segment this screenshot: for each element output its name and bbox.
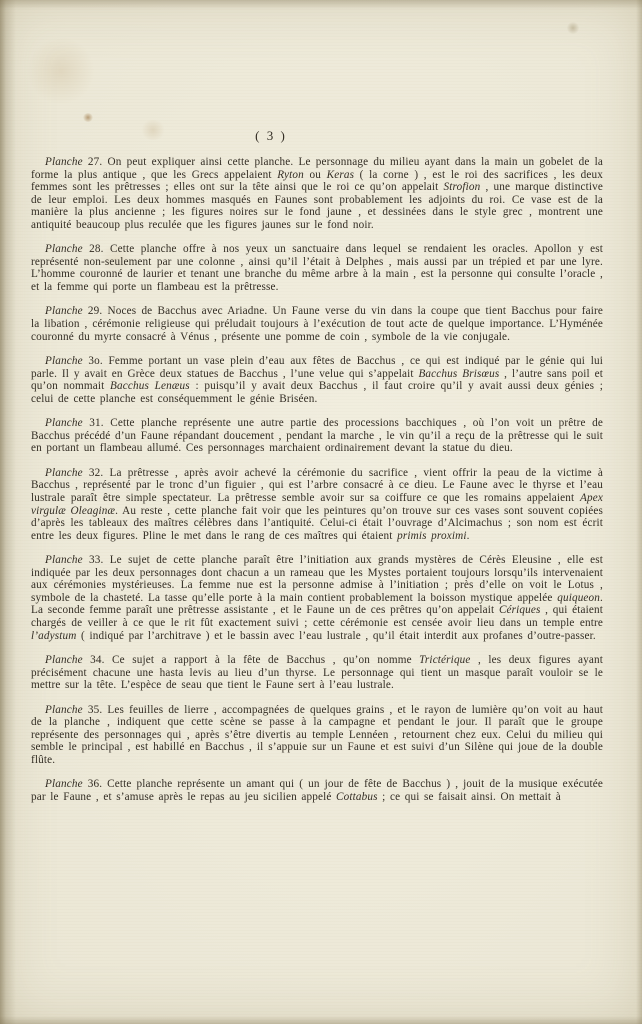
italic-term: quiqueon <box>557 592 600 604</box>
paragraph-planche-32: Planche 32. La prêtresse , après avoir a… <box>31 467 603 542</box>
text-run: 34. Ce sujet a rapport à la fête de Bacc… <box>83 654 419 666</box>
text-run: . Au reste , cette planche fait voir que… <box>31 505 603 542</box>
italic-term: Planche <box>45 417 83 429</box>
italic-term: Planche <box>45 654 83 666</box>
italic-term: Planche <box>45 554 83 566</box>
page-edge-shadow-left <box>0 0 16 1024</box>
text-block: Planche 27. On peut expliquer ainsi cett… <box>31 156 603 804</box>
paragraph-planche-33: Planche 33. Le sujet de cette planche pa… <box>31 554 603 642</box>
italic-term: l’adystum <box>31 630 76 642</box>
italic-term: Trictérique <box>419 654 470 666</box>
italic-term: Planche <box>45 778 83 790</box>
paragraph-planche-34: Planche 34. Ce sujet a rapport à la fête… <box>31 654 603 692</box>
italic-term: Cottabus <box>336 791 378 803</box>
italic-term: Keras <box>327 169 354 181</box>
text-run: . <box>467 530 470 542</box>
page-number: ( 3 ) <box>0 128 557 144</box>
paragraph-planche-30: Planche 3o. Femme portant un vase plein … <box>31 355 603 405</box>
text-run: 29. Noces de Bacchus avec Ariadne. Un Fa… <box>31 305 603 342</box>
paragraph-planche-27: Planche 27. On peut expliquer ainsi cett… <box>31 156 603 231</box>
scanned-page: ( 3 ) Planche 27. On peut expliquer ains… <box>0 0 642 1024</box>
italic-term: Cériques <box>499 604 541 616</box>
text-run: 32. La prêtresse , après avoir achevé la… <box>31 467 603 504</box>
paragraph-planche-29: Planche 29. Noces de Bacchus avec Ariadn… <box>31 305 603 343</box>
paper-stain <box>567 22 579 34</box>
italic-term: Bacchus Lenæus <box>110 380 190 392</box>
paper-stain <box>28 36 94 106</box>
italic-term: primis proximi <box>397 530 466 542</box>
italic-term: Planche <box>45 243 83 255</box>
text-run: 35. Les feuilles de lierre , accompagnée… <box>31 704 603 766</box>
paragraph-planche-28: Planche 28. Cette planche offre à nos ye… <box>31 243 603 293</box>
italic-term: Ryton <box>277 169 304 181</box>
text-column: ( 3 ) Planche 27. On peut expliquer ains… <box>31 128 603 816</box>
paragraph-planche-31: Planche 31. Cette planche représente une… <box>31 417 603 455</box>
text-run: ; ce qui se faisait ainsi. On mettait à <box>378 791 561 803</box>
paragraph-planche-36: Planche 36. Cette planche représente un … <box>31 778 603 803</box>
italic-term: Planche <box>45 156 83 168</box>
page-edge-shadow-right <box>636 0 642 1024</box>
paragraph-planche-35: Planche 35. Les feuilles de lierre , acc… <box>31 704 603 767</box>
text-run: 31. Cette planche représente une autre p… <box>31 417 603 454</box>
page-edge-shadow-top <box>0 0 642 9</box>
italic-term: Planche <box>45 704 83 716</box>
italic-term: Planche <box>45 305 83 317</box>
text-run: ou <box>304 169 327 181</box>
text-run: 28. Cette planche offre à nos yeux un sa… <box>31 243 603 293</box>
italic-term: Strofion <box>444 181 481 193</box>
italic-term: Planche <box>45 467 83 479</box>
paper-stain <box>83 113 93 122</box>
italic-term: Planche <box>45 355 83 367</box>
text-run: 33. Le sujet de cette planche paraît êtr… <box>31 554 603 604</box>
italic-term: Bacchus Brisœus <box>418 368 499 380</box>
page-edge-shadow-bottom <box>0 1016 642 1024</box>
text-run: ( indiqué par l’architrave ) et le bassi… <box>76 630 595 642</box>
